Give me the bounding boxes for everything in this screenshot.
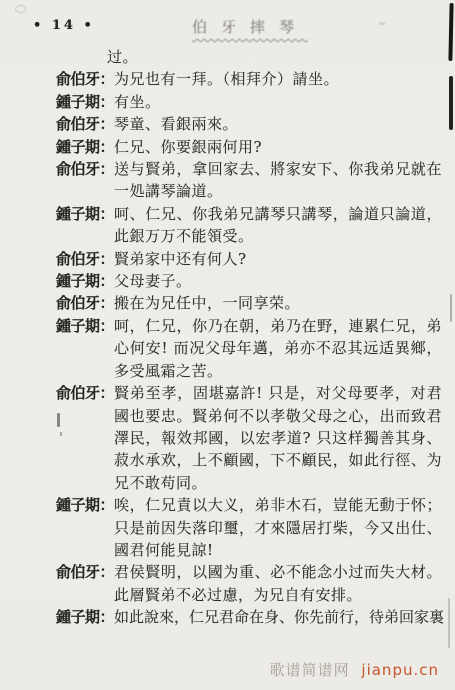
page-title: 伯牙摔琴: [192, 16, 308, 37]
dialogue-text: 送与賢弟，拿回家去、將家安下、你我弟兄就在一処講琴論道。: [114, 158, 442, 203]
scan-artifact-right-edge-low: [448, 598, 450, 648]
dialogue-text: 賢弟至孝，固堪嘉許! 只是，对父母要孝，对君國也要忠。賢弟何不以孝敬父母之心，出…: [114, 382, 442, 494]
dialogue-line: 俞伯牙： 君侯賢明，以國为重、必不能念小过而失大材。此層賢弟不必过慮，为兄自有安…: [56, 561, 442, 606]
dialogue-text: 过。: [107, 46, 442, 68]
dialogue-text: 为兄也有一拜。（相拜介）請坐。: [114, 68, 442, 90]
dialogue-line: 鍾子期： 父母妻子。: [56, 270, 442, 292]
dialogue-text: 君侯賢明，以國为重、必不能念小过而失大材。此層賢弟不必过慮，为兄自有安排。: [114, 561, 442, 606]
speaker-name: 俞伯牙：: [56, 561, 114, 606]
speaker-name: 俞伯牙：: [56, 292, 114, 314]
speaker-name: 鍾子期：: [56, 606, 114, 628]
dialogue-line: 鍾子期： 有坐。: [56, 91, 442, 113]
dialogue-text: 如此說來，仁兄君命在身、你先前行，待弟回家裏: [114, 606, 444, 628]
speaker-name: 鍾子期：: [56, 91, 114, 113]
dialogue-line: 俞伯牙： 琴童、看銀兩來。: [56, 113, 442, 135]
speaker-name: 俞伯牙：: [56, 158, 114, 203]
dialogue-line: 俞伯牙： 搬在为兄任中，一同享荣。: [56, 292, 442, 314]
dialogue-text: 呵、仁兄、你我弟兄講琴只講琴，論道只論道，此銀万万不能領受。: [114, 203, 442, 248]
dialogue-line: 鍾子期： 如此說來，仁兄君命在身、你先前行，待弟回家裏: [56, 606, 442, 628]
speaker-name: 俞伯牙：: [56, 113, 114, 135]
watermark-site-url: jianpu.cn: [361, 661, 439, 679]
dialogue-line: 俞伯牙： 賢弟至孝，固堪嘉許! 只是，对父母要孝，对君國也要忠。賢弟何不以孝敬父…: [56, 382, 442, 494]
speaker-name: 鍾子期：: [56, 315, 114, 382]
dialogue-text: 呵，仁兄，你乃在朝，弟乃在野，連累仁兄，弟心何安! 而况父母年邁，弟亦不忍其远适…: [114, 315, 442, 382]
speaker-name: 俞伯牙：: [56, 248, 114, 270]
speaker-name: 鍾子期：: [56, 494, 114, 561]
dialogue-line: 过。: [56, 46, 442, 68]
watermark: 歌谱简谱网 jianpu.cn: [270, 659, 439, 680]
speaker-name: 鍾子期：: [56, 203, 114, 248]
dialogue-text: 搬在为兄任中，一同享荣。: [114, 292, 442, 314]
dialogue-text: 賢弟家中还有何人?: [114, 248, 442, 270]
speaker-name: 鍾子期：: [56, 270, 114, 292]
scan-artifact-right-bar-second: [449, 76, 453, 130]
dialogue-line: 鍾子期： 呵，仁兄，你乃在朝，弟乃在野，連累仁兄，弟心何安! 而况父母年邁，弟亦…: [56, 315, 442, 382]
dialogue-line: 俞伯牙： 送与賢弟，拿回家去、將家安下、你我弟兄就在一処講琴論道。: [56, 158, 442, 203]
dialogue-text: 琴童、看銀兩來。: [114, 113, 442, 135]
scan-artifact-top-left-speck: [15, 5, 26, 13]
dialogue-line: 鍾子期： 仁兄、你要銀兩何用?: [56, 136, 442, 158]
scan-artifact-right-edge-mid: [450, 294, 452, 322]
scanned-script-page: • 14 • 伯牙摔琴 过。 俞伯牙： 为兄也有一拜。（相拜介）請坐。 鍾子期：…: [0, 0, 455, 690]
speaker-name: 俞伯牙：: [56, 68, 114, 90]
dialogue-text: 唉，仁兄責以大义，弟非木石，豈能无動于怀；只是前因失落印璽，才來隱居打柴，今又出…: [114, 494, 442, 561]
page-header: • 14 • 伯牙摔琴: [0, 14, 455, 44]
speaker-name: 俞伯牙：: [56, 382, 114, 494]
dialogue-text: 父母妻子。: [114, 270, 442, 292]
dialogue-list: 过。 俞伯牙： 为兄也有一拜。（相拜介）請坐。 鍾子期： 有坐。 俞伯牙： 琴童…: [56, 46, 442, 629]
dialogue-line: 鍾子期： 呵、仁兄、你我弟兄講琴只講琴，論道只論道，此銀万万不能領受。: [56, 203, 442, 248]
speaker-name: 鍾子期：: [56, 136, 114, 158]
dialogue-text: 仁兄、你要銀兩何用?: [114, 136, 442, 158]
page-number: • 14 •: [33, 18, 95, 33]
speaker-name: [56, 46, 107, 68]
watermark-site-name: 歌谱简谱网: [270, 661, 350, 679]
dialogue-line: 俞伯牙： 为兄也有一拜。（相拜介）請坐。: [56, 68, 442, 90]
dialogue-line: 俞伯牙： 賢弟家中还有何人?: [56, 248, 442, 270]
dialogue-line: 鍾子期： 唉，仁兄責以大义，弟非木石，豈能无動于怀；只是前因失落印璽，才來隱居打…: [56, 494, 442, 561]
dialogue-text: 有坐。: [114, 91, 442, 113]
